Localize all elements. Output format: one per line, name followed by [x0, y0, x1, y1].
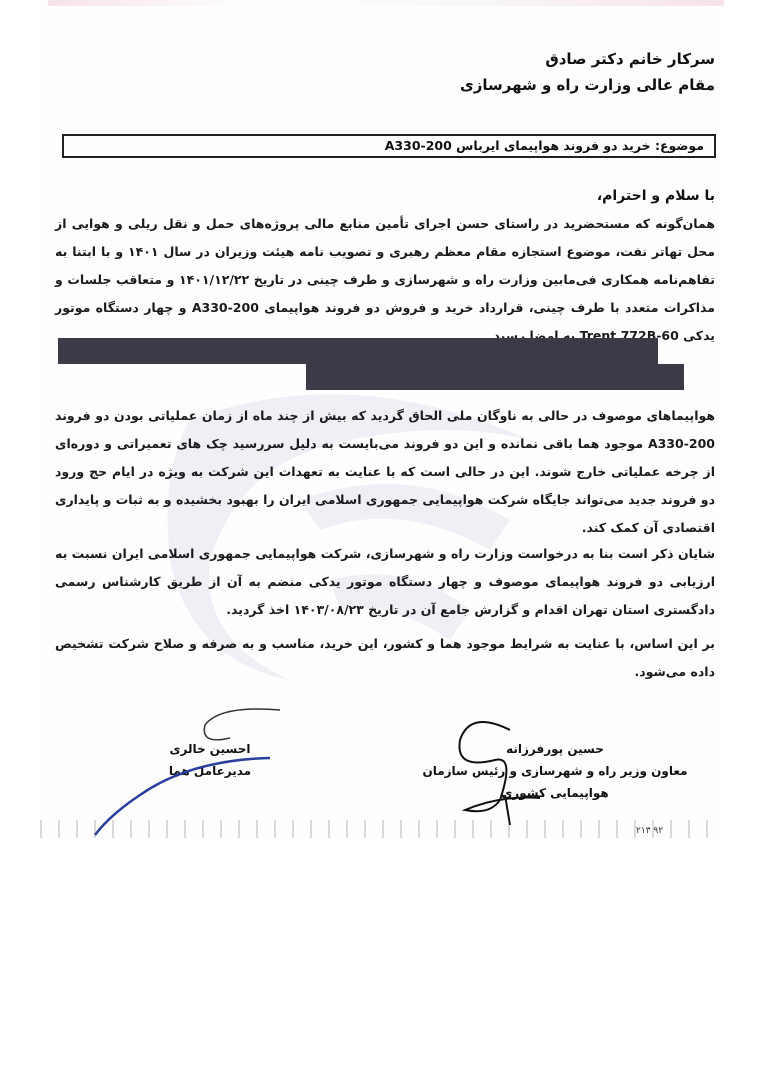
paragraph-2: هواپیماهای موصوف در حالی به ناوگان ملی ا…: [55, 402, 715, 542]
signatory-2-title: مدیرعامل هما: [150, 760, 270, 782]
signatory-1: حسین پورفرزانه معاون وزیر راه و شهرسازی …: [395, 738, 715, 804]
paragraph-4: بر این اساس، با عنایت به شرایط موجود هما…: [55, 630, 715, 686]
signatory-2-name: احسین خالری: [150, 738, 270, 760]
redaction-bar-1: [58, 338, 658, 364]
redaction-bar-2: [306, 364, 684, 390]
paragraph-3: شایان ذکر است بنا به درخواست وزارت راه و…: [55, 540, 715, 624]
addressee-title: مقام عالی وزارت راه و شهرسازی: [460, 72, 715, 98]
addressee-block: سرکار خانم دکتر صادق مقام عالی وزارت راه…: [460, 46, 715, 98]
signatory-2: احسین خالری مدیرعامل هما: [150, 738, 270, 782]
addressee-name: سرکار خانم دکتر صادق: [460, 46, 715, 72]
subject-line: موضوع: خرید دو فروند هواپیمای ایرباس A33…: [385, 138, 704, 153]
subject-box: موضوع: خرید دو فروند هواپیمای ایرباس A33…: [62, 134, 716, 158]
reference-mark: ۲۱۳ ۹۲: [636, 826, 663, 836]
signatory-1-name: حسین پورفرزانه: [395, 738, 715, 760]
greeting: با سلام و احترام،: [597, 188, 715, 204]
scan-artifact-dots: [40, 820, 722, 838]
paragraph-1: همان‌گونه که مستحضرید در راستای حسن اجرا…: [55, 210, 715, 350]
signatory-1-title: معاون وزیر راه و شهرسازی و رئیس سازمان ه…: [395, 760, 715, 804]
scan-top-edge: [48, 0, 724, 6]
